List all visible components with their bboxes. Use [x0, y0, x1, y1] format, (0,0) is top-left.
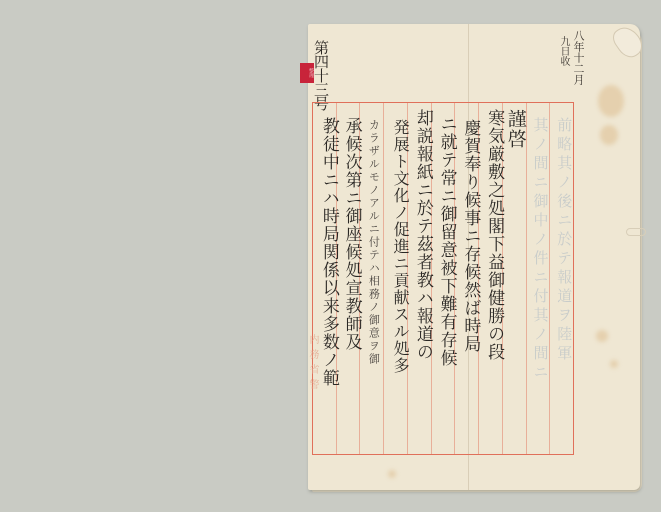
column-text: カラザルモノアルニ付テハ相務ノ御意ヲ御 [360, 119, 386, 366]
pencil-annotation: 其ノ間ニ御中ノ件ニ付其ノ間ニ [531, 117, 552, 383]
ruled-writing-frame: 前略其ノ後ニ於テ報道ヲ陸軍 其ノ間ニ御中ノ件ニ付其ノ間ニ 謹啓 寒気厳敷之処閣下… [312, 102, 574, 455]
column-text: 発展ト文化ノ促進ニ貢献スル処多 [384, 119, 410, 374]
column-text: ニ就テ常ニ御留意被下難有存候 [432, 115, 458, 367]
text-column: ニ就テ常ニ御留意被下難有存候 [431, 103, 455, 454]
faded-stamp: 内務省警 [305, 334, 320, 394]
stain [600, 125, 618, 145]
received-date-line1: 八年十二月 [570, 30, 586, 85]
binding-string [626, 228, 646, 236]
text-column: 謹啓 [502, 103, 526, 454]
column-faint: 其ノ間ニ御中ノ件ニ付其ノ間ニ [526, 103, 550, 454]
text-column: 承候次第ニ御座候処宣教師及 [336, 103, 360, 454]
text-column: 寒気厳敷之処閣下益御健勝の段 [478, 103, 502, 454]
column-text: 寒気厳敷之処閣下益御健勝の段 [479, 109, 505, 361]
text-column: 教徒中ニハ時局関係以来多数ノ範 [313, 103, 336, 454]
text-column: カラザルモノアルニ付テハ相務ノ御意ヲ御 [359, 103, 383, 454]
column-text: 謹啓 [503, 109, 529, 149]
document-number: 第四十三号 [311, 40, 332, 110]
received-date-line2: 九日收 [556, 36, 571, 66]
column-text: 却説報紙ニ於テ茲者教ハ報道の [408, 109, 434, 361]
text-column: 却説報紙ニ於テ茲者教ハ報道の [407, 103, 431, 454]
column-faint: 前略其ノ後ニ於テ報道ヲ陸軍 [549, 103, 573, 454]
text-column: 慶賀奉り候事ニ存候然ば時局 [454, 103, 478, 454]
column-text: 承候次第ニ御座候処宣教師及 [337, 117, 363, 351]
stain [598, 85, 624, 117]
pencil-annotation: 前略其ノ後ニ於テ報道ヲ陸軍 [554, 117, 575, 364]
text-column: 発展ト文化ノ促進ニ貢献スル処多 [383, 103, 407, 454]
column-text: 慶賀奉り候事ニ存候然ば時局 [455, 119, 481, 353]
stain [610, 360, 618, 368]
stain [596, 330, 608, 342]
stain [388, 470, 396, 478]
